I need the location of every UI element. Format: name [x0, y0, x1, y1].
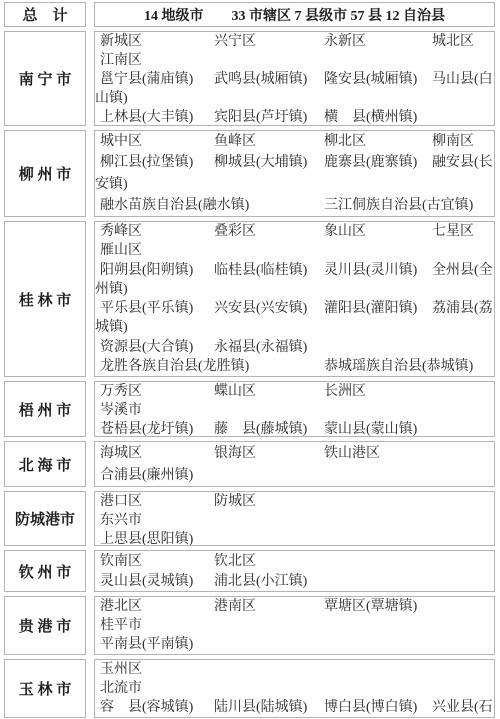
divisions-cell: 港北区港南区覃塘区(覃塘镇)桂平市平南县(平南镇)	[94, 596, 495, 655]
division-item: 北流市	[100, 679, 142, 698]
total-label: 总 计	[22, 4, 67, 25]
city-name-cell: 柳 州 市	[4, 130, 86, 217]
division-item: 城镇)	[95, 318, 128, 337]
division-item: 新城区	[100, 32, 142, 51]
division-line: 新城区兴宁区永新区城北区	[95, 32, 494, 51]
division-item: 武鸣县(城厢镇)	[214, 70, 307, 89]
division-line: 海城区银海区铁山港区	[95, 444, 494, 463]
division-item: 平南县(平南镇)	[100, 635, 193, 654]
division-item: 港南区	[214, 597, 256, 616]
division-item: 万秀区	[100, 382, 142, 401]
division-line: 邕宁县(蒲庙镇)武鸣县(城厢镇)隆安县(城厢镇)马山县(白	[95, 70, 494, 89]
division-item: 马山县(白	[432, 70, 493, 89]
division-item: 平乐县(平乐镇)	[100, 299, 193, 318]
division-item: 银海区	[214, 444, 256, 463]
division-item: 覃塘区(覃塘镇)	[324, 597, 417, 616]
division-item: 三江侗族自治县(古宜镇)	[324, 196, 473, 215]
city-name-cell: 桂 林 市	[4, 221, 86, 377]
division-item: 蝶山区	[214, 382, 256, 401]
division-line: 平乐县(平乐镇)兴安县(兴安镇)灌阳县(灌阳镇)荔浦县(荔	[95, 299, 494, 318]
division-item: 港口区	[100, 492, 142, 511]
division-item: 鱼峰区	[214, 132, 256, 151]
division-line: 城镇)	[95, 318, 494, 337]
division-line: 龙胜各族自治县(龙胜镇)恭城瑶族自治县(恭城镇)	[95, 357, 494, 376]
division-line: 北流市	[95, 679, 494, 698]
division-line: 阳朔县(阳朔镇)临桂县(临桂镇)灵川县(灵川镇)全州县(全	[95, 261, 494, 280]
city-row: 北 海 市海城区银海区铁山港区合浦县(廉州镇)	[4, 441, 495, 487]
divisions-cell: 万秀区蝶山区长洲区岑溪市苍梧县(龙圩镇)藤 县(藤城镇)蒙山县(蒙山镇)	[94, 381, 495, 437]
division-line: 城中区鱼峰区柳北区柳南区	[95, 132, 494, 151]
division-item: 秀峰区	[100, 222, 142, 241]
total-label-cell: 总 计	[4, 2, 86, 27]
division-line: 州镇)	[95, 280, 494, 299]
division-line: 融水苗族自治县(融水镇)三江侗族自治县(古宜镇)	[95, 196, 494, 215]
division-line: 容 县(容城镇)陆川县(陆城镇)博白县(博白镇)兴业县(石	[95, 698, 494, 717]
division-item: 柳南区	[432, 132, 474, 151]
division-item: 鹿寨县(鹿寨镇)	[324, 153, 417, 172]
division-line: 平南县(平南镇)	[95, 635, 494, 654]
division-item: 雁山区	[100, 241, 142, 260]
division-item: 东兴市	[100, 511, 142, 530]
division-item: 灵山县(灵城镇)	[100, 572, 193, 591]
city-row: 南 宁 市新城区兴宁区永新区城北区江南区邕宁县(蒲庙镇)武鸣县(城厢镇)隆安县(…	[4, 31, 495, 126]
division-item: 浦北县(小江镇)	[214, 572, 307, 591]
city-name-cell: 北 海 市	[4, 441, 86, 487]
division-line: 港北区港南区覃塘区(覃塘镇)	[95, 597, 494, 616]
division-item: 全州县(全	[432, 261, 493, 280]
division-item: 岑溪市	[100, 401, 142, 420]
division-item: 叠彩区	[214, 222, 256, 241]
division-item: 邕宁县(蒲庙镇)	[100, 70, 193, 89]
city-name: 防城港市	[15, 508, 75, 529]
city-name-cell: 贵 港 市	[4, 596, 86, 655]
division-line: 资源县(大合镇)永福县(永福镇)	[95, 338, 494, 357]
division-item: 上林县(大丰镇)	[100, 108, 193, 126]
division-item: 恭城瑶族自治县(恭城镇)	[324, 357, 473, 376]
division-line: 岑溪市	[95, 401, 494, 420]
divisions-cell: 秀峰区叠彩区象山区七星区雁山区阳朔县(阳朔镇)临桂县(临桂镇)灵川县(灵川镇)全…	[94, 221, 495, 377]
division-item: 荔浦县(荔	[432, 299, 493, 318]
division-item: 合浦县(廉州镇)	[100, 466, 193, 485]
division-item: 横 县(横州镇)	[324, 108, 417, 126]
division-item: 海城区	[100, 444, 142, 463]
division-line: 秀峰区叠彩区象山区七星区	[95, 222, 494, 241]
division-item: 兴安县(兴安镇)	[214, 299, 307, 318]
city-name: 贵 港 市	[19, 615, 72, 636]
city-row: 钦 州 市钦南区钦北区灵山县(灵城镇)浦北县(小江镇)	[4, 550, 495, 592]
city-row: 柳 州 市城中区鱼峰区柳北区柳南区柳江县(拉堡镇)柳城县(大埔镇)鹿寨县(鹿寨镇…	[4, 130, 495, 217]
city-row: 玉 林 市玉州区北流市容 县(容城镇)陆川县(陆城镇)博白县(博白镇)兴业县(石	[4, 659, 495, 718]
division-item: 龙胜各族自治县(龙胜镇)	[100, 357, 249, 376]
city-name: 柳 州 市	[19, 163, 72, 184]
division-item: 苍梧县(龙圩镇)	[100, 420, 193, 437]
division-item: 防城区	[214, 492, 256, 511]
division-item: 融水苗族自治县(融水镇)	[100, 196, 249, 215]
division-item: 山镇)	[95, 89, 128, 108]
division-item: 长洲区	[324, 382, 366, 401]
division-item: 陆川县(陆城镇)	[214, 698, 307, 717]
divisions-cell: 新城区兴宁区永新区城北区江南区邕宁县(蒲庙镇)武鸣县(城厢镇)隆安县(城厢镇)马…	[94, 31, 495, 126]
city-name: 桂 林 市	[19, 289, 72, 310]
division-item: 灌阳县(灌阳镇)	[324, 299, 417, 318]
division-line: 上林县(大丰镇)宾阳县(芦圩镇)横 县(横州镇)	[95, 108, 494, 126]
division-item: 柳城县(大埔镇)	[214, 153, 307, 172]
divisions-cell: 玉州区北流市容 县(容城镇)陆川县(陆城镇)博白县(博白镇)兴业县(石	[94, 659, 495, 718]
division-item: 桂平市	[100, 616, 142, 635]
division-item: 临桂县(临桂镇)	[214, 261, 307, 280]
city-row: 桂 林 市秀峰区叠彩区象山区七星区雁山区阳朔县(阳朔镇)临桂县(临桂镇)灵川县(…	[4, 221, 495, 377]
division-item: 博白县(博白镇)	[324, 698, 417, 717]
division-line: 灵山县(灵城镇)浦北县(小江镇)	[95, 572, 494, 591]
city-row: 贵 港 市港北区港南区覃塘区(覃塘镇)桂平市平南县(平南镇)	[4, 596, 495, 655]
division-item: 钦北区	[214, 552, 256, 571]
division-item: 灵川县(灵川镇)	[324, 261, 417, 280]
divisions-cell: 城中区鱼峰区柳北区柳南区柳江县(拉堡镇)柳城县(大埔镇)鹿寨县(鹿寨镇)融安县(…	[94, 130, 495, 217]
division-item: 容 县(容城镇)	[100, 698, 193, 717]
division-item: 阳朔县(阳朔镇)	[100, 261, 193, 280]
division-line: 东兴市	[95, 511, 494, 530]
division-line: 苍梧县(龙圩镇)藤 县(藤城镇)蒙山县(蒙山镇)	[95, 420, 494, 437]
divisions-cell: 钦南区钦北区灵山县(灵城镇)浦北县(小江镇)	[94, 550, 495, 592]
division-item: 城中区	[100, 132, 142, 151]
division-line: 雁山区	[95, 241, 494, 260]
division-item: 兴业县(石	[432, 698, 493, 717]
division-line: 合浦县(廉州镇)	[95, 466, 494, 485]
division-item: 藤 县(藤城镇)	[214, 420, 307, 437]
division-line: 山镇)	[95, 89, 494, 108]
division-item: 柳北区	[324, 132, 366, 151]
division-item: 蒙山县(蒙山镇)	[324, 420, 417, 437]
division-item: 永新区	[324, 32, 366, 51]
division-item: 资源县(大合镇)	[100, 338, 193, 357]
administrative-divisions-table: 总 计 14 地级市 33 市辖区 7 县级市 57 县 12 自治县 南 宁 …	[4, 2, 495, 719]
division-line: 柳江县(拉堡镇)柳城县(大埔镇)鹿寨县(鹿寨镇)融安县(长	[95, 153, 494, 172]
division-item: 兴宁区	[214, 32, 256, 51]
division-line: 万秀区蝶山区长洲区	[95, 382, 494, 401]
summary-text: 14 地级市 33 市辖区 7 县级市 57 县 12 自治县	[144, 5, 445, 25]
division-item: 融安县(长	[432, 153, 493, 172]
division-item: 隆安县(城厢镇)	[324, 70, 417, 89]
divisions-cell: 海城区银海区铁山港区合浦县(廉州镇)	[94, 441, 495, 487]
division-item: 上思县(思阳镇)	[100, 530, 193, 546]
division-item: 宾阳县(芦圩镇)	[214, 108, 307, 126]
division-line: 上思县(思阳镇)	[95, 530, 494, 546]
city-row: 梧 州 市万秀区蝶山区长洲区岑溪市苍梧县(龙圩镇)藤 县(藤城镇)蒙山县(蒙山镇…	[4, 381, 495, 437]
division-item: 江南区	[100, 51, 142, 70]
division-item: 铁山港区	[324, 444, 380, 463]
city-name-cell: 防城港市	[4, 491, 86, 546]
table-header-row: 总 计 14 地级市 33 市辖区 7 县级市 57 县 12 自治县	[4, 2, 495, 27]
divisions-cell: 港口区防城区东兴市上思县(思阳镇)	[94, 491, 495, 546]
city-name: 玉 林 市	[19, 678, 72, 699]
division-item: 城北区	[432, 32, 474, 51]
division-item: 州镇)	[95, 280, 128, 299]
division-item: 永福县(永福镇)	[214, 338, 307, 357]
division-line: 桂平市	[95, 616, 494, 635]
summary-cell: 14 地级市 33 市辖区 7 县级市 57 县 12 自治县	[94, 2, 495, 27]
division-item: 安镇)	[95, 175, 128, 194]
division-item: 象山区	[324, 222, 366, 241]
division-line: 港口区防城区	[95, 492, 494, 511]
division-item: 玉州区	[100, 660, 142, 679]
city-name: 北 海 市	[19, 454, 72, 475]
division-item: 七星区	[432, 222, 474, 241]
division-line: 江南区	[95, 51, 494, 70]
division-item: 钦南区	[100, 552, 142, 571]
division-line: 玉州区	[95, 660, 494, 679]
city-row: 防城港市港口区防城区东兴市上思县(思阳镇)	[4, 491, 495, 546]
city-name-cell: 钦 州 市	[4, 550, 86, 592]
division-item: 柳江县(拉堡镇)	[100, 153, 193, 172]
division-line: 安镇)	[95, 175, 494, 194]
city-name: 梧 州 市	[19, 399, 72, 420]
division-line: 钦南区钦北区	[95, 552, 494, 571]
city-name-cell: 玉 林 市	[4, 659, 86, 718]
city-name-cell: 南 宁 市	[4, 31, 86, 126]
city-name: 钦 州 市	[19, 561, 72, 582]
city-name-cell: 梧 州 市	[4, 381, 86, 437]
city-name: 南 宁 市	[19, 68, 72, 89]
division-item: 港北区	[100, 597, 142, 616]
